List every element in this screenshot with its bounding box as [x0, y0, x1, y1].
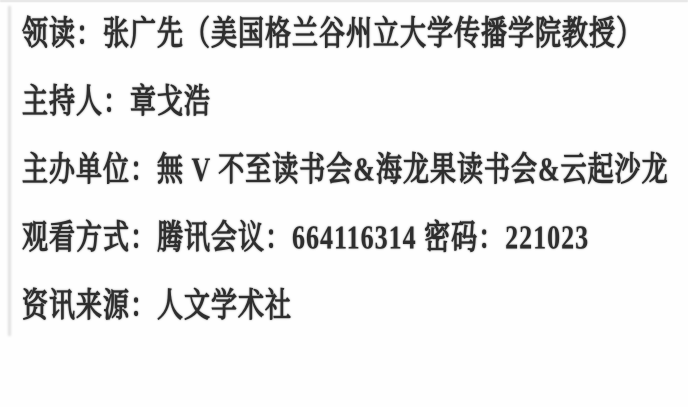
- announcement-text-block: 领读：张广先（美国格兰谷州立大学传播学院教授） 主持人：章戈浩 主办单位：無 V…: [22, 0, 669, 336]
- line-info-source: 资讯来源：人文学术社: [22, 258, 669, 346]
- scan-left-edge-artifact: [8, 6, 11, 336]
- scanned-announcement-page: 领读：张广先（美国格兰谷州立大学传播学院教授） 主持人：章戈浩 主办单位：無 V…: [0, 0, 688, 407]
